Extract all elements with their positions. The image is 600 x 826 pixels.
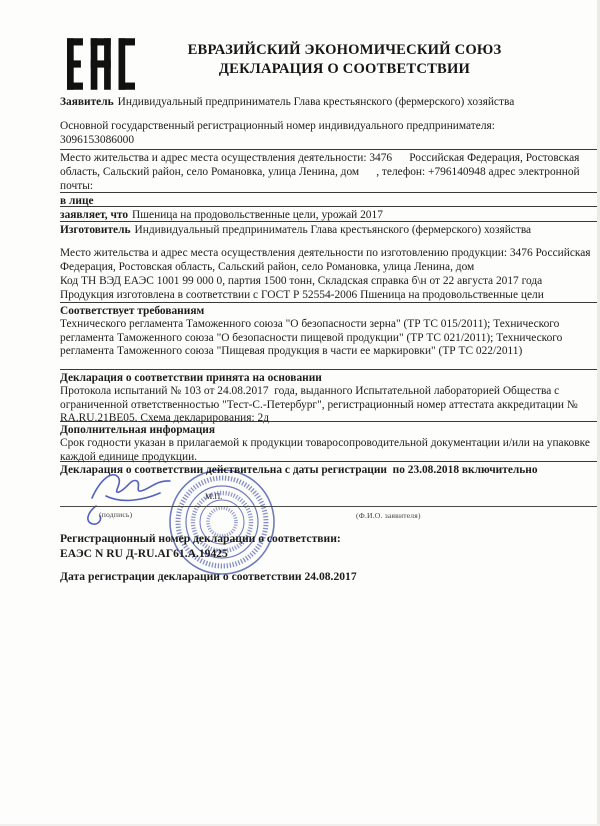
- declares-value: Пшеница на продовольственные цели, урожа…: [132, 209, 383, 221]
- manufacturer-row: ИзготовительИндивидуальный предпринимате…: [60, 221, 597, 238]
- registration-date: Дата регистрации декларации о соответств…: [60, 570, 357, 583]
- name-caption: (Ф.И.О. заявителя): [356, 511, 421, 520]
- signature-line: [60, 506, 597, 507]
- document-title: ЕВРАЗИЙСКИЙ ЭКОНОМИЧЕСКИЙ СОЮЗ ДЕКЛАРАЦИ…: [172, 41, 517, 78]
- title-union: ЕВРАЗИЙСКИЙ ЭКОНОМИЧЕСКИЙ СОЮЗ: [172, 41, 517, 60]
- basis-value: Протокола испытаний № 103 от 24.08.2017 …: [60, 385, 581, 424]
- basis-row: Декларация о соответствии принята на осн…: [60, 369, 597, 425]
- additional-label: Дополнительная информация: [60, 424, 593, 437]
- ogrn-label: Основной государственный регистрационный…: [60, 120, 597, 134]
- eac-mark-icon: [67, 37, 135, 91]
- applicant-address-row: Место жительства и адрес места осуществл…: [60, 149, 597, 194]
- signature-caption: (подпись): [99, 510, 132, 519]
- ogrn-number: 3096153086000: [60, 134, 597, 148]
- applicant-value: Индивидуальный предприниматель Глава кре…: [118, 96, 515, 108]
- additional-info-row: Дополнительная информация Срок годности …: [60, 421, 597, 464]
- registration-label: Регистрационный номер декларации о соотв…: [60, 532, 597, 547]
- basis-label: Декларация о соответствии принята на осн…: [60, 372, 593, 385]
- ogrn-row: Основной государственный регистрационный…: [60, 120, 597, 148]
- product-details: Код ТН ВЭД ЕАЭС 1001 99 000 0, партия 15…: [60, 275, 597, 303]
- manufacturer-value: Индивидуальный предприниматель Глава кре…: [135, 224, 532, 236]
- registration-number: ЕАЭС N RU Д-RU.АГ61.А.19425: [60, 547, 597, 562]
- manufacture-address: Место жительства и адрес места осуществл…: [60, 247, 597, 275]
- complies-value: Технического регламента Таможенного союз…: [60, 318, 562, 357]
- complies-row: Соответствует требованиям Технического р…: [60, 302, 597, 358]
- manufacture-details-row: Место жительства и адрес места осуществл…: [60, 247, 597, 303]
- registration-number-block: Регистрационный номер декларации о соотв…: [60, 532, 597, 561]
- declares-label: заявляет, что: [60, 209, 128, 221]
- applicant-row: ЗаявительИндивидуальный предприниматель …: [60, 96, 597, 110]
- manufacturer-label: Изготовитель: [60, 224, 131, 236]
- stamp-place-note: М.П.: [205, 492, 222, 501]
- title-declaration: ДЕКЛАРАЦИЯ О СООТВЕТСТВИИ: [172, 60, 517, 79]
- applicant-label: Заявитель: [60, 96, 114, 108]
- declaration-document: ЕВРАЗИЙСКИЙ ЭКОНОМИЧЕСКИЙ СОЮЗ ДЕКЛАРАЦИ…: [0, 0, 600, 826]
- additional-value: Срок годности указан в прилагаемой к про…: [60, 437, 590, 462]
- applicant-address: Место жительства и адрес места осуществл…: [60, 152, 583, 192]
- registration-date-row: Дата регистрации декларации о соответств…: [60, 570, 597, 583]
- complies-label: Соответствует требованиям: [60, 305, 593, 318]
